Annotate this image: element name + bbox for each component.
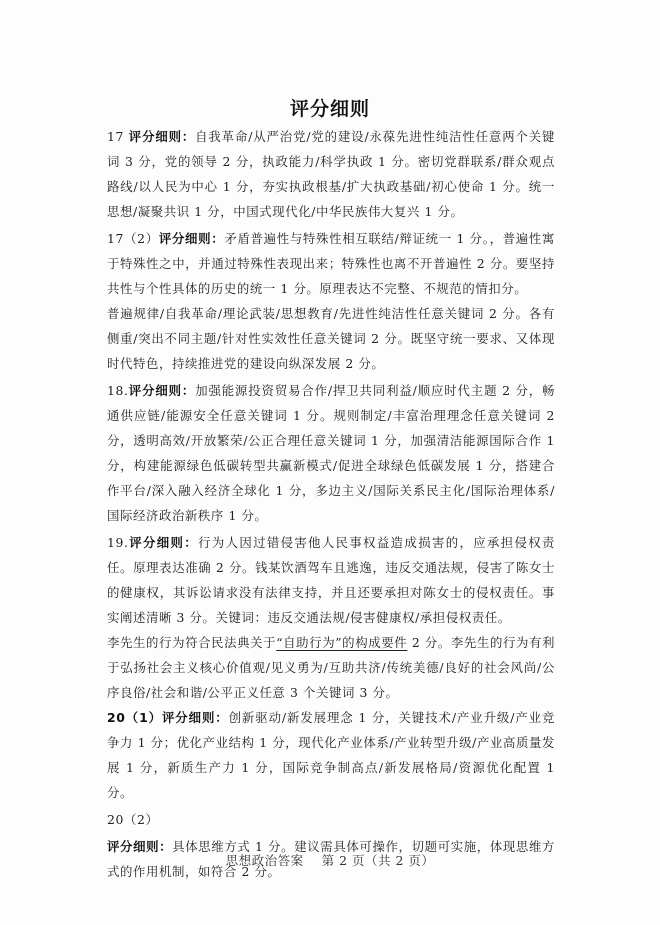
section-q17-2b: 普遍规律/自我革命/理论武装/思想教育/先进性纯洁性任意关键词 2 分。各有侧重… xyxy=(107,301,555,376)
document-page: 评分细则 17 评分细则：自我革命/从严治党/党的建设/永葆先进性纯洁性任意两个… xyxy=(0,0,660,925)
section-q19b: 李先生的行为符合民法典关于“自助行为”的构成要件 2 分。李先生的行为有利于弘扬… xyxy=(107,630,555,705)
section-text: 普遍规律/自我革命/理论武装/思想教育/先进性纯洁性任意关键词 2 分。各有侧重… xyxy=(107,306,555,371)
scoring-label: 评分细则： xyxy=(129,129,195,144)
section-text: 李先生的行为符合民法典关于 xyxy=(107,635,276,650)
section-q17-2: 17（2）评分细则：矛盾普遍性与特殊性相互联结/辩证统一 1 分。，普遍性寓于特… xyxy=(107,226,555,301)
page-title: 评分细则 xyxy=(0,94,660,121)
scoring-label: 评分细则： xyxy=(159,231,224,246)
section-q17-1: 17 评分细则：自我革命/从严治党/党的建设/永葆先进性纯洁性任意两个关键词 3… xyxy=(107,124,555,224)
question-number: 20（1） xyxy=(107,710,162,725)
section-q19: 19.评分细则：行为人因过错侵害他人民事权益造成损害的，应承担侵权责任。原理表达… xyxy=(107,530,555,630)
scoring-label: 评分细则： xyxy=(129,383,196,398)
question-number: 17（2） xyxy=(107,231,159,246)
footer-subject: 思想政治答案 xyxy=(226,853,304,868)
scoring-label: 评分细则： xyxy=(162,710,229,725)
section-q18: 18.评分细则：加强能源投资贸易合作/捍卫共同利益/顺应时代主题 2 分，畅通供… xyxy=(107,378,555,528)
question-number: 20（2） xyxy=(107,812,158,827)
document-body: 17 评分细则：自我革命/从严治党/党的建设/永葆先进性纯洁性任意两个关键词 3… xyxy=(107,124,555,884)
question-number: 19. xyxy=(107,535,129,550)
scoring-label: 评分细则： xyxy=(129,535,199,550)
section-q20-1: 20（1）评分细则：创新驱动/新发展理念 1 分，关键技术/产业升级/产业竞争力… xyxy=(107,705,555,805)
question-number: 18. xyxy=(107,383,129,398)
footer-page-info: 第 2 页（共 2 页） xyxy=(322,853,435,868)
page-footer: 思想政治答案第 2 页（共 2 页） xyxy=(0,851,660,869)
underlined-key-phrase: “自助行为”的构成要件 xyxy=(276,635,407,650)
section-q20-2-heading: 20（2） xyxy=(107,807,555,832)
section-text: 加强能源投资贸易合作/捍卫共同利益/顺应时代主题 2 分，畅通供应链/能源安全任… xyxy=(107,383,555,523)
question-number: 17 xyxy=(107,129,129,144)
